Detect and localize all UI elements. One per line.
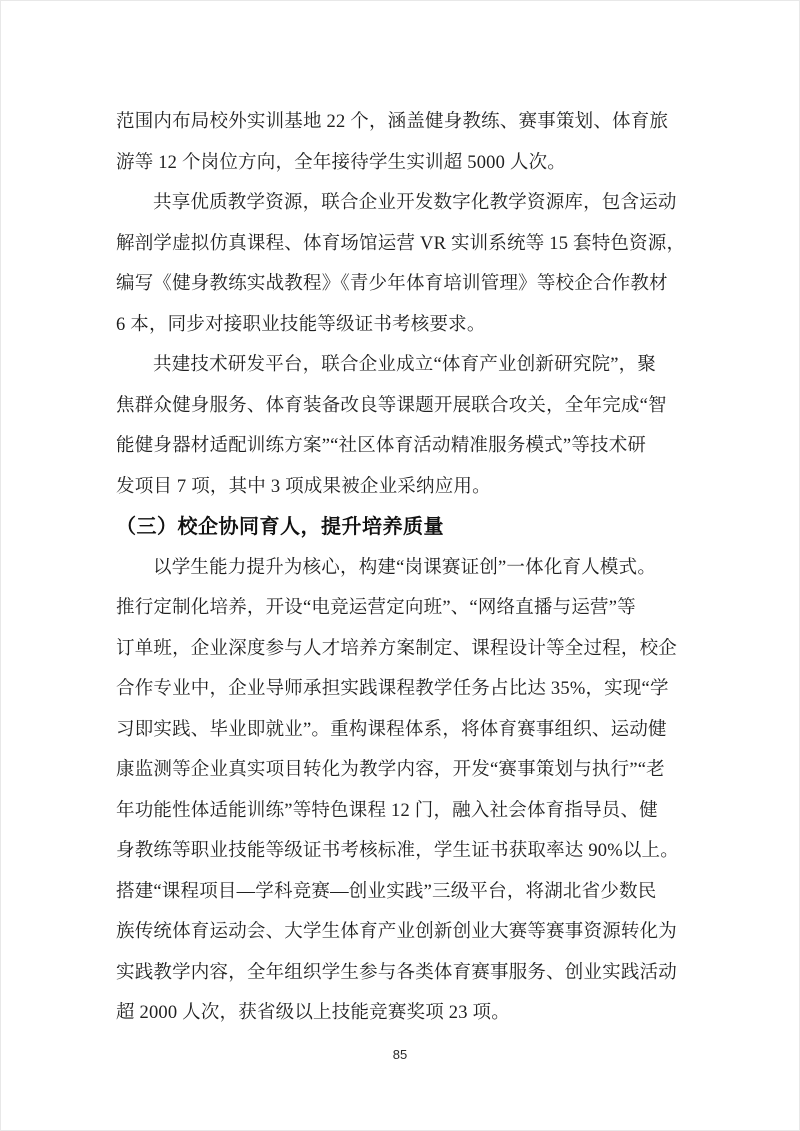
document-page: 范围内布局校外实训基地 22 个，涵盖健身教练、赛事策划、体育旅 游等 12 个… <box>0 0 800 1131</box>
text-line: 能健身器材适配训练方案”“社区体育活动精准服务模式”等技术研 <box>116 426 682 467</box>
text-line: 共享优质教学资源，联合企业开发数字化教学资源库，包含运动 <box>116 183 682 224</box>
text-line: 范围内布局校外实训基地 22 个，涵盖健身教练、赛事策划、体育旅 <box>116 102 682 143</box>
text-line: 身教练等职业技能等级证书考核标准，学生证书获取率达 90%以上。 <box>116 831 682 872</box>
section-heading: （三）校企协同育人，提升培养质量 <box>116 507 682 548</box>
text-line: 习即实践、毕业即就业”。重构课程体系，将体育赛事组织、运动健 <box>116 710 682 751</box>
text-line: 共建技术研发平台，联合企业成立“体育产业创新研究院”，聚 <box>116 345 682 386</box>
text-line: 合作专业中，企业导师承担实践课程教学任务占比达 35%，实现“学 <box>116 669 682 710</box>
document-body: 范围内布局校外实训基地 22 个，涵盖健身教练、赛事策划、体育旅 游等 12 个… <box>116 102 682 1034</box>
text-line: 以学生能力提升为核心，构建“岗课赛证创”一体化育人模式。 <box>116 548 682 589</box>
text-line: 编写《健身教练实战教程》《青少年体育培训管理》等校企合作教材 <box>116 264 682 305</box>
text-line: 推行定制化培养，开设“电竞运营定向班”、“网络直播与运营”等 <box>116 588 682 629</box>
text-line: 族传统体育运动会、大学生体育产业创新创业大赛等赛事资源转化为 <box>116 912 682 953</box>
text-line: 年功能性体适能训练”等特色课程 12 门，融入社会体育指导员、健 <box>116 791 682 832</box>
text-line: 发项目 7 项，其中 3 项成果被企业采纳应用。 <box>116 467 682 508</box>
text-line: 焦群众健身服务、体育装备改良等课题开展联合攻关，全年完成“智 <box>116 386 682 427</box>
text-line: 游等 12 个岗位方向，全年接待学生实训超 5000 人次。 <box>116 143 682 184</box>
text-line: 搭建“课程项目—学科竞赛—创业实践”三级平台，将湖北省少数民 <box>116 872 682 913</box>
text-line: 解剖学虚拟仿真课程、体育场馆运营 VR 实训系统等 15 套特色资源， <box>116 224 682 265</box>
text-line: 6 本，同步对接职业技能等级证书考核要求。 <box>116 305 682 346</box>
page-number: 85 <box>1 1047 799 1062</box>
text-line: 超 2000 人次，获省级以上技能竞赛奖项 23 项。 <box>116 993 682 1034</box>
text-line: 康监测等企业真实项目转化为教学内容，开发“赛事策划与执行”“老 <box>116 750 682 791</box>
text-line: 实践教学内容，全年组织学生参与各类体育赛事服务、创业实践活动 <box>116 953 682 994</box>
text-line: 订单班，企业深度参与人才培养方案制定、课程设计等全过程，校企 <box>116 629 682 670</box>
